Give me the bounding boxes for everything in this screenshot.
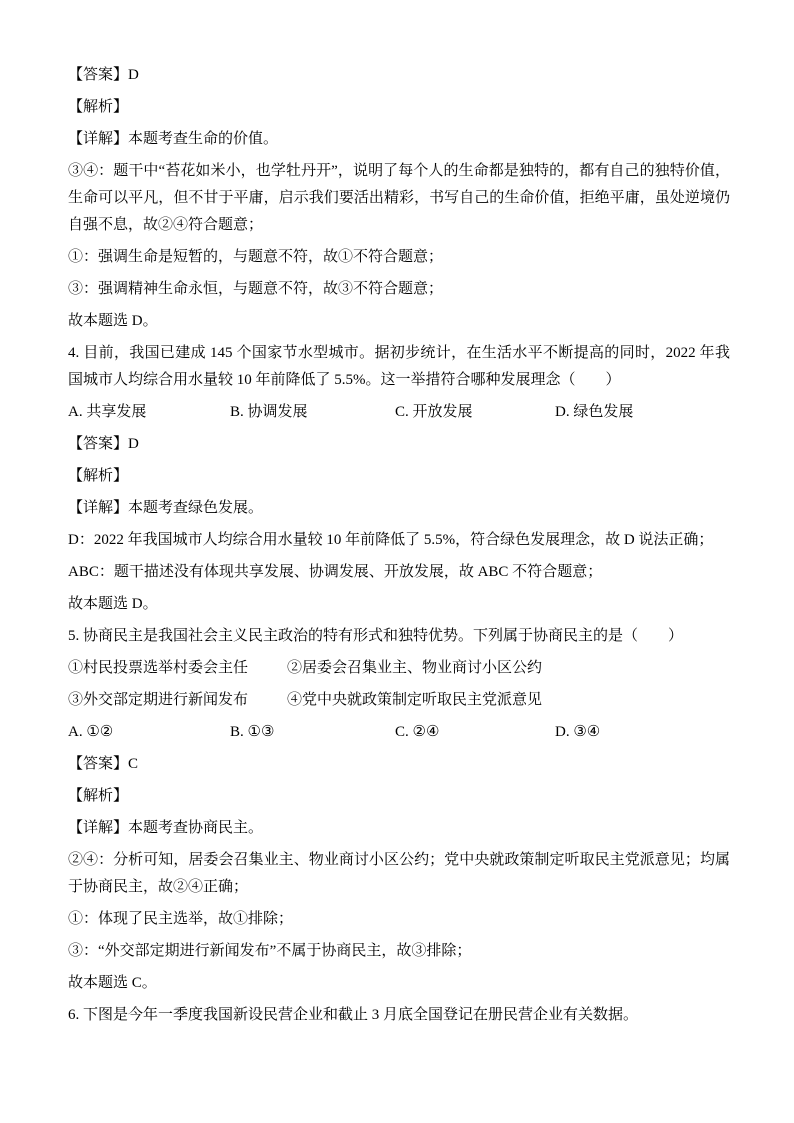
q5-item-2: ②居委会召集业主、物业商讨小区公约 [287,655,730,682]
q5-conclusion-line: 故本题选 C。 [68,970,730,997]
q5-point-3: ③：“外交部定期进行新闻发布”不属于协商民主，故③排除； [68,938,730,965]
q4-question-stem: 4. 目前，我国已建成 145 个国家节水型城市。据初步统计，在生活水平不断提高… [68,340,730,394]
q4-analysis-label: 【解析】 [68,463,730,490]
q4-option-c: C. 开放发展 [395,399,555,426]
q4-option-d: D. 绿色发展 [555,399,730,426]
q5-item-4: ④党中央就政策制定听取民主党派意见 [287,687,730,714]
q5-point-1: ①：体现了民主选举，故①排除； [68,906,730,933]
q4-option-a: A. 共享发展 [68,399,230,426]
q5-items-row-1: ①村民投票选举村委会主任 ②居委会召集业主、物业商讨小区公约 [68,655,730,682]
q4-option-b: B. 协调发展 [230,399,395,426]
document-content: 【答案】D 【解析】 【详解】本题考查生命的价值。 ③④：题干中“苔花如米小，也… [68,62,730,1029]
q5-option-c: C. ②④ [395,719,555,746]
q4-options-row: A. 共享发展 B. 协调发展 C. 开放发展 D. 绿色发展 [68,399,730,426]
q3-point-1: ①：强调生命是短暂的，与题意不符，故①不符合题意； [68,244,730,271]
q3-point-3: ③：强调精神生命永恒，与题意不符，故③不符合题意； [68,276,730,303]
q3-analysis-label: 【解析】 [68,94,730,121]
q5-option-d: D. ③④ [555,719,730,746]
q5-point-24: ②④：分析可知，居委会召集业主、物业商讨小区公约；党中央就政策制定听取民主党派意… [68,847,730,901]
q5-analysis-label: 【解析】 [68,783,730,810]
q4-conclusion-line: 故本题选 D。 [68,591,730,618]
q3-conclusion-line: 故本题选 D。 [68,308,730,335]
q5-answer-line: 【答案】C [68,751,730,778]
q5-option-b: B. ①③ [230,719,395,746]
q5-option-a: A. ①② [68,719,230,746]
q3-answer-line: 【答案】D [68,62,730,89]
q5-item-3: ③外交部定期进行新闻发布 [68,687,287,714]
q5-detail-line: 【详解】本题考查协商民主。 [68,815,730,842]
q5-items-row-2: ③外交部定期进行新闻发布 ④党中央就政策制定听取民主党派意见 [68,687,730,714]
q5-question-stem: 5. 协商民主是我国社会主义民主政治的特有形式和独特优势。下列属于协商民主的是（… [68,623,730,650]
q4-point-abc: ABC：题干描述没有体现共享发展、协调发展、开放发展，故 ABC 不符合题意； [68,559,730,586]
q5-options-row: A. ①② B. ①③ C. ②④ D. ③④ [68,719,730,746]
q4-answer-line: 【答案】D [68,431,730,458]
q6-question-stem: 6. 下图是今年一季度我国新设民营企业和截止 3 月底全国登记在册民营企业有关数… [68,1002,730,1029]
q3-detail-line: 【详解】本题考查生命的价值。 [68,126,730,153]
q4-point-d: D：2022 年我国城市人均综合用水量较 10 年前降低了 5.5%，符合绿色发… [68,527,730,554]
q5-item-1: ①村民投票选举村委会主任 [68,655,287,682]
q4-detail-line: 【详解】本题考查绿色发展。 [68,495,730,522]
q3-point-34: ③④：题干中“苔花如米小，也学牡丹开”，说明了每个人的生命都是独特的，都有自己的… [68,158,730,239]
document-page: 【答案】D 【解析】 【详解】本题考查生命的价值。 ③④：题干中“苔花如米小，也… [0,0,794,1123]
